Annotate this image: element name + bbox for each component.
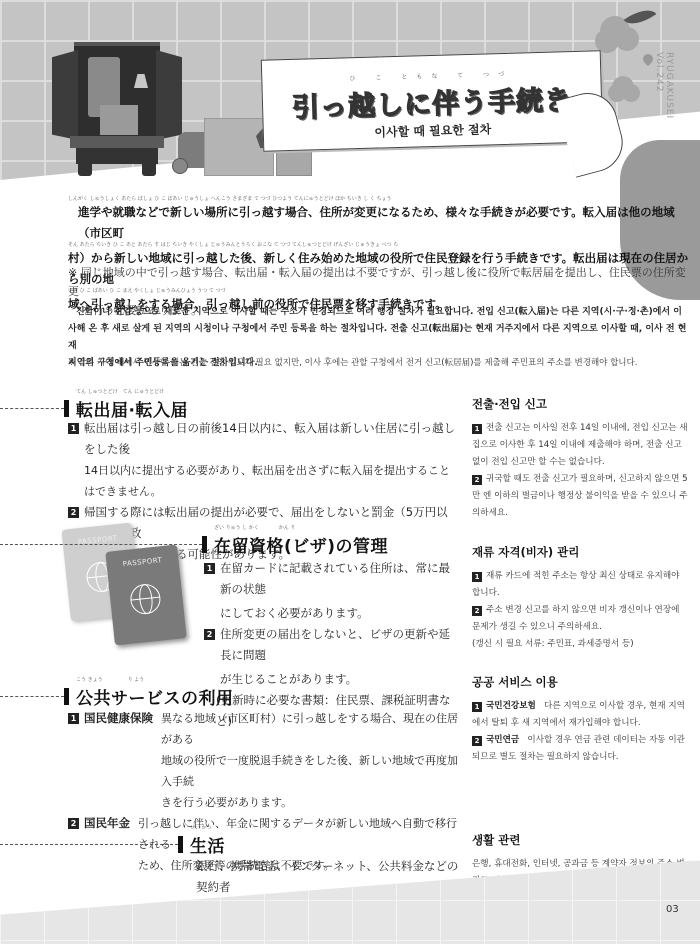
sidebar-title: 재류 자격(비자) 관리 — [472, 544, 690, 560]
sidebar-item-label: 국민연금 — [486, 735, 519, 745]
item-line: が生じることがあります。 — [220, 669, 460, 690]
sidebar-item: 1전출 신고는 이사일 전후 14일 이내에, 전입 신고는 새 집으로 이사한… — [472, 420, 690, 471]
sidebar-body: 1재류 카드에 적힌 주소는 항상 최신 상태로 유지해야 합니다. 2주소 변… — [472, 568, 690, 653]
sidebar-title: 생활 관련 — [472, 832, 690, 848]
item-line: 住所変更の届出をしないと、ビザの更新や延長に問題 — [220, 624, 460, 666]
ruby-text: ざい りゅう し かく かん り — [214, 524, 295, 531]
sidebar-title: 전출·전입 신고 — [472, 396, 690, 412]
item-line: 地域の役所で一度脱退手続きをした後、新しい地域で再度加入手続 — [161, 750, 460, 792]
intro-line: 進学や就職などで新しい場所に引っ越す場合、住所が変更になるため、様々な手続きが必… — [68, 202, 690, 244]
list-item: 1 転出届は引っ越し日の前後14日以内に、転入届は新しい住居に引っ越しをした後 … — [68, 418, 460, 502]
number-badge: 2 — [68, 507, 79, 518]
item-line: 14日以内に提出する必要があり、転出届を出さずに転入届を提出することはできません… — [84, 460, 460, 502]
sidebar-item-text: 재류 카드에 적힌 주소는 항상 최신 상태로 유지해야 합니다. — [472, 571, 679, 598]
list-item: 1 国民健康保険 異なる地域（市区町村）に引っ越しをする場合、現在の住居がある … — [68, 708, 460, 813]
number-badge: 2 — [472, 736, 482, 746]
sidebar-item-text: 귀국할 때도 전출 신고가 필요하며, 신고하지 않으면 5만 엔 이하의 벌금… — [472, 474, 688, 518]
sidebar-kr-visa: 재류 자격(비자) 관리 1재류 카드에 적힌 주소는 항상 최신 상태로 유지… — [472, 544, 690, 653]
section-bar — [64, 688, 69, 705]
intro-note-korean: ※ 같은 지역 내에서 이사할 때는 전출·전입 신고가 필요 없지만, 이사 … — [68, 356, 690, 370]
number-badge: 1 — [68, 713, 79, 724]
title-card: ひ こ ともな て つづ 引っ越しに伴う手続き 이사할 때 필요한 절차 — [261, 50, 603, 151]
sidebar-item-label: 국민건강보험 — [486, 701, 536, 711]
sidebar-item: 2귀국할 때도 전출 신고가 필요하며, 신고하지 않으면 5만 엔 이하의 벌… — [472, 471, 690, 522]
section-title: 公共サービスの利用 — [76, 689, 234, 709]
volume-label: RYUGAKUSEI Vol.242 — [660, 52, 674, 152]
item-line: 異なる地域（市区町村）に引っ越しをする場合、現在の住居がある — [161, 708, 460, 750]
section-title: 生活 — [190, 837, 225, 857]
item-line: にしておく必要があります。 — [220, 603, 460, 624]
section-title: 在留資格(ビザ)の管理 — [214, 537, 388, 557]
sidebar-item: 2국민연금 이사할 경우 연금 관련 데이터는 자동 이관되므로 별도 절차는 … — [472, 732, 690, 766]
number-badge: 2 — [472, 606, 482, 616]
sidebar-body: 1전출 신고는 이사일 전후 14일 이내에, 전입 신고는 새 집으로 이사한… — [472, 420, 690, 522]
sidebar-kr-transfer: 전출·전입 신고 1전출 신고는 이사일 전후 14일 이내에, 전입 신고는 … — [472, 396, 690, 522]
globe-icon — [129, 583, 162, 616]
section-list: 1 在留カードに記載されている住所は、常に最新の状態 にしておく必要があります。… — [204, 558, 460, 732]
list-item: 2 住所変更の届出をしないと、ビザの更新や延長に問題 が生じることがあります。 — [204, 624, 460, 690]
number-badge: 2 — [204, 629, 215, 640]
ruby-text: こう きょう り よう — [76, 676, 144, 683]
number-badge: 1 — [472, 424, 482, 434]
number-badge: 1 — [472, 702, 482, 712]
number-badge: 1 — [472, 572, 482, 582]
flower-icon — [612, 76, 634, 98]
number-badge: 2 — [472, 475, 482, 485]
section-header-public-services: こう きょう り よう 公共サービスの利用 — [0, 684, 234, 709]
ruby-text: てん しゅつとどけ てん にゅうとどけ — [76, 388, 164, 395]
sidebar-item: 1국민건강보험 다른 지역으로 이사할 경우, 현재 지역에서 탈퇴 후 새 지… — [472, 698, 690, 732]
section-header-visa: ざい りゅう し かく かん り 在留資格(ビザ)の管理 — [0, 532, 388, 557]
section-bar — [178, 836, 183, 853]
ruby-text: せい かつ — [190, 824, 212, 831]
sidebar-title: 공공 서비스 이용 — [472, 674, 690, 690]
sidebar-item: 1재류 카드에 적힌 주소는 항상 최신 상태로 유지해야 합니다. — [472, 568, 690, 602]
sidebar-item: 2주소 변경 신고를 하지 않으면 비자 갱신이나 연장에 문제가 생길 수 있… — [472, 602, 690, 636]
note-line: ※ 同じ地域の中で引っ越す場合、転出届・転入届の提出は不要ですが、引っ越し後に役… — [68, 263, 690, 301]
number-badge: 1 — [68, 423, 79, 434]
intro-kr-line: 진학이나 취업 등으로 새로운 지역으로 이사할 때는 주소가 변경되므로 여러… — [68, 304, 690, 321]
sidebar-note: (갱신 시 필요 서류: 주민표, 과세증명서 등) — [472, 636, 690, 653]
section-bar — [64, 400, 69, 417]
sidebar-item-text: 주소 변경 신고를 하지 않으면 비자 갱신이나 연장에 문제가 생길 수 있으… — [472, 605, 679, 632]
sidebar-body: 1국민건강보험 다른 지역으로 이사할 경우, 현재 지역에서 탈퇴 후 새 지… — [472, 698, 690, 766]
section-header-life: せい かつ 生活 — [0, 832, 225, 857]
intro-kr-line: 사해 온 후 새로 살게 된 지역의 시청이나 구청에서 주민 등록을 하는 절… — [68, 321, 690, 355]
moving-truck-illustration — [52, 40, 182, 178]
item-line: 在留カードに記載されている住所は、常に最新の状態 — [220, 558, 460, 600]
number-badge: 1 — [204, 563, 215, 574]
list-item: 1 在留カードに記載されている住所は、常に最新の状態 にしておく必要があります。 — [204, 558, 460, 624]
sidebar-item-text: 전출 신고는 이사일 전후 14일 이내에, 전입 신고는 새 집으로 이사한 … — [472, 423, 688, 467]
item-label: 国民健康保険 — [84, 708, 153, 813]
item-line: きを行う必要があります。 — [161, 792, 460, 813]
passport-illustration: PASSPORT — [105, 544, 186, 645]
page-number: 03 — [666, 904, 679, 915]
item-line: 転出届は引っ越し日の前後14日以内に、転入届は新しい住居に引っ越しをした後 — [84, 418, 460, 460]
number-badge: 2 — [68, 818, 79, 829]
sidebar-kr-public-services: 공공 서비스 이용 1국민건강보험 다른 지역으로 이사할 경우, 현재 지역에… — [472, 674, 690, 766]
section-bar — [202, 536, 207, 553]
